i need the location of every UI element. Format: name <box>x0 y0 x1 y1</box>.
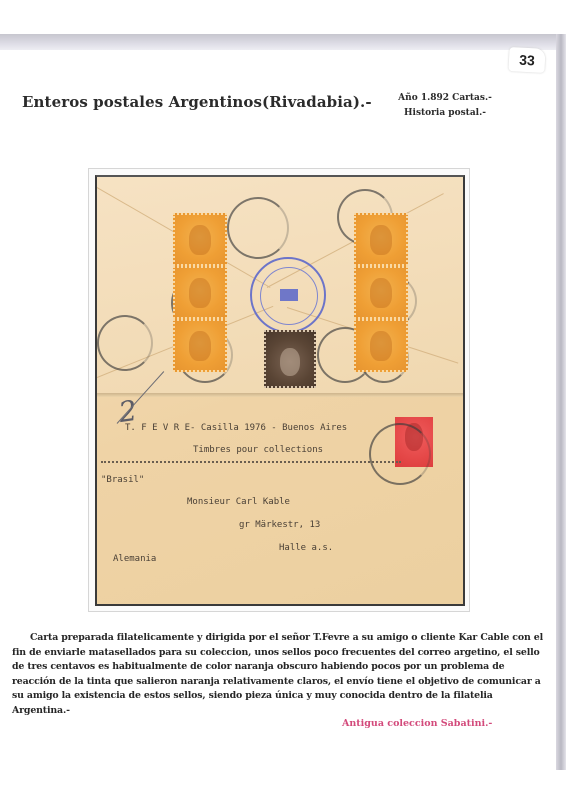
envelope-fold <box>97 393 463 397</box>
subtitle-year: Año 1.892 Cartas.- <box>380 91 510 106</box>
envelope-back <box>97 177 463 395</box>
brown-1c-stamp <box>264 330 316 388</box>
album-sleeve-right-edge <box>556 34 566 770</box>
orange-3c-stamp <box>173 319 227 372</box>
orange-3c-stamp <box>354 319 408 372</box>
page-subtitle: Año 1.892 Cartas.- Historia postal.- <box>380 91 510 121</box>
orange-3c-stamp <box>173 213 227 266</box>
route-note: "Brasil" <box>101 475 144 485</box>
sender-line: T. F E V R E- Casilla 1976 - Buenos Aire… <box>125 423 347 433</box>
postmark-icon <box>369 423 431 485</box>
cachet-center-mark <box>280 289 298 301</box>
recipient-city: Halle a.s. <box>279 543 333 553</box>
sender-tagline: Timbres pour collections <box>193 445 323 455</box>
page-title: Enteros postales Argentinos(Rivadabia).- <box>22 93 372 111</box>
blue-cachet-icon <box>250 257 326 333</box>
perforation-line <box>101 461 401 463</box>
destination-country: Alemania <box>113 554 156 564</box>
orange-3c-stamp <box>354 266 408 319</box>
page-number-label: 33 <box>508 47 545 73</box>
orange-3c-stamp <box>354 213 408 266</box>
recipient-street: gr Märkestr, 13 <box>239 520 320 530</box>
album-sleeve-top-edge <box>0 34 566 50</box>
subtitle-category: Historia postal.- <box>380 106 510 121</box>
orange-3c-stamp <box>173 266 227 319</box>
description-paragraph: Carta preparada filatelicamente y dirigi… <box>12 631 547 718</box>
recipient-name: Monsieur Carl Kable <box>187 497 290 507</box>
postmark-icon <box>227 197 289 259</box>
postmark-icon <box>97 315 153 371</box>
collection-attribution: Antigua coleccion Sabatini.- <box>342 718 492 729</box>
postal-envelope-image: 2 T. F E V R E- Casilla 1976 - Buenos Ai… <box>95 175 465 606</box>
